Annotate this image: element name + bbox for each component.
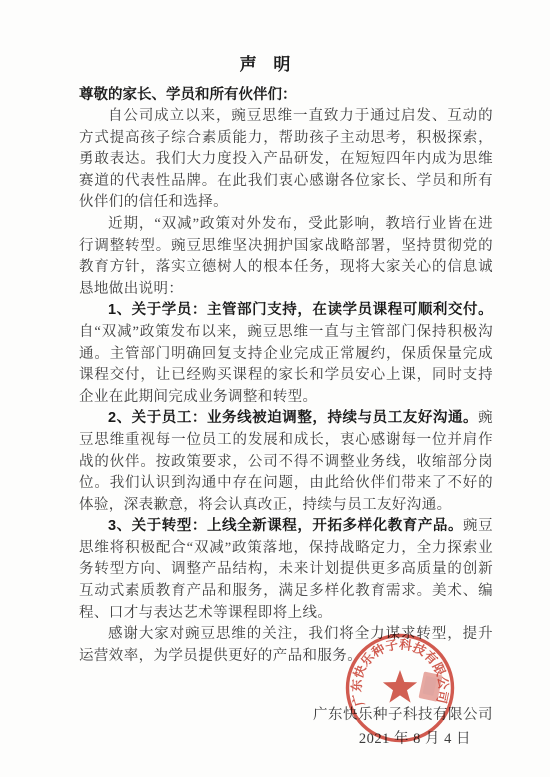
statement-document-page: 声 明 尊敬的家长、学员和所有伙伴们： 自公司成立以来，豌豆思维一直致力于通过启… <box>0 0 550 777</box>
intro-paragraph-2: 近期，“双减”政策对外发布，受此影响，教培行业皆在进行调整转型。豌豆思维坚决拥护… <box>79 214 493 300</box>
signature-date: 2021 年 8 月 4 日 <box>79 727 493 748</box>
item-3-heading: 3、关于转型：上线全新课程，开拓多样化教育产品。 <box>108 518 463 534</box>
signature-block: 广东快乐种子科技有限公司 2021 年 8 月 4 日 <box>79 703 493 748</box>
page-title: 声 明 <box>61 50 475 75</box>
document-content: 声 明 尊敬的家长、学员和所有伙伴们： 自公司成立以来，豌豆思维一直致力于通过启… <box>79 50 493 748</box>
statement-item-students: 1、关于学员：主管部门支持，在读学员课程可顺利交付。自“双减”政策发布以来，豌豆… <box>79 300 493 408</box>
statement-item-employees: 2、关于员工：业务线被迫调整，持续与员工友好沟通。豌豆思维重视每一位员工的发展和… <box>79 408 493 516</box>
item-1-heading: 1、关于学员：主管部门支持，在读学员课程可顺利交付。 <box>108 302 493 318</box>
statement-item-transformation: 3、关于转型：上线全新课程，开拓多样化教育产品。豌豆思维将积极配合“双减”政策落… <box>79 516 493 624</box>
item-2-heading: 2、关于员工：业务线被迫调整，持续与员工友好沟通。 <box>108 410 478 426</box>
closing-paragraph: 感谢大家对豌豆思维的关注，我们将全力谋求转型，提升运营效率，为学员提供更好的产品… <box>79 624 493 667</box>
intro-paragraph-1: 自公司成立以来，豌豆思维一直致力于通过启发、互动的方式提高孩子综合素质能力，帮助… <box>79 106 493 214</box>
greeting-line: 尊敬的家长、学员和所有伙伴们： <box>79 84 493 106</box>
signature-company-name: 广东快乐种子科技有限公司 <box>79 703 493 724</box>
item-1-body: 自“双减”政策发布以来，豌豆思维一直与主管部门保持积极沟通。主管部门明确回复支持… <box>79 324 493 405</box>
